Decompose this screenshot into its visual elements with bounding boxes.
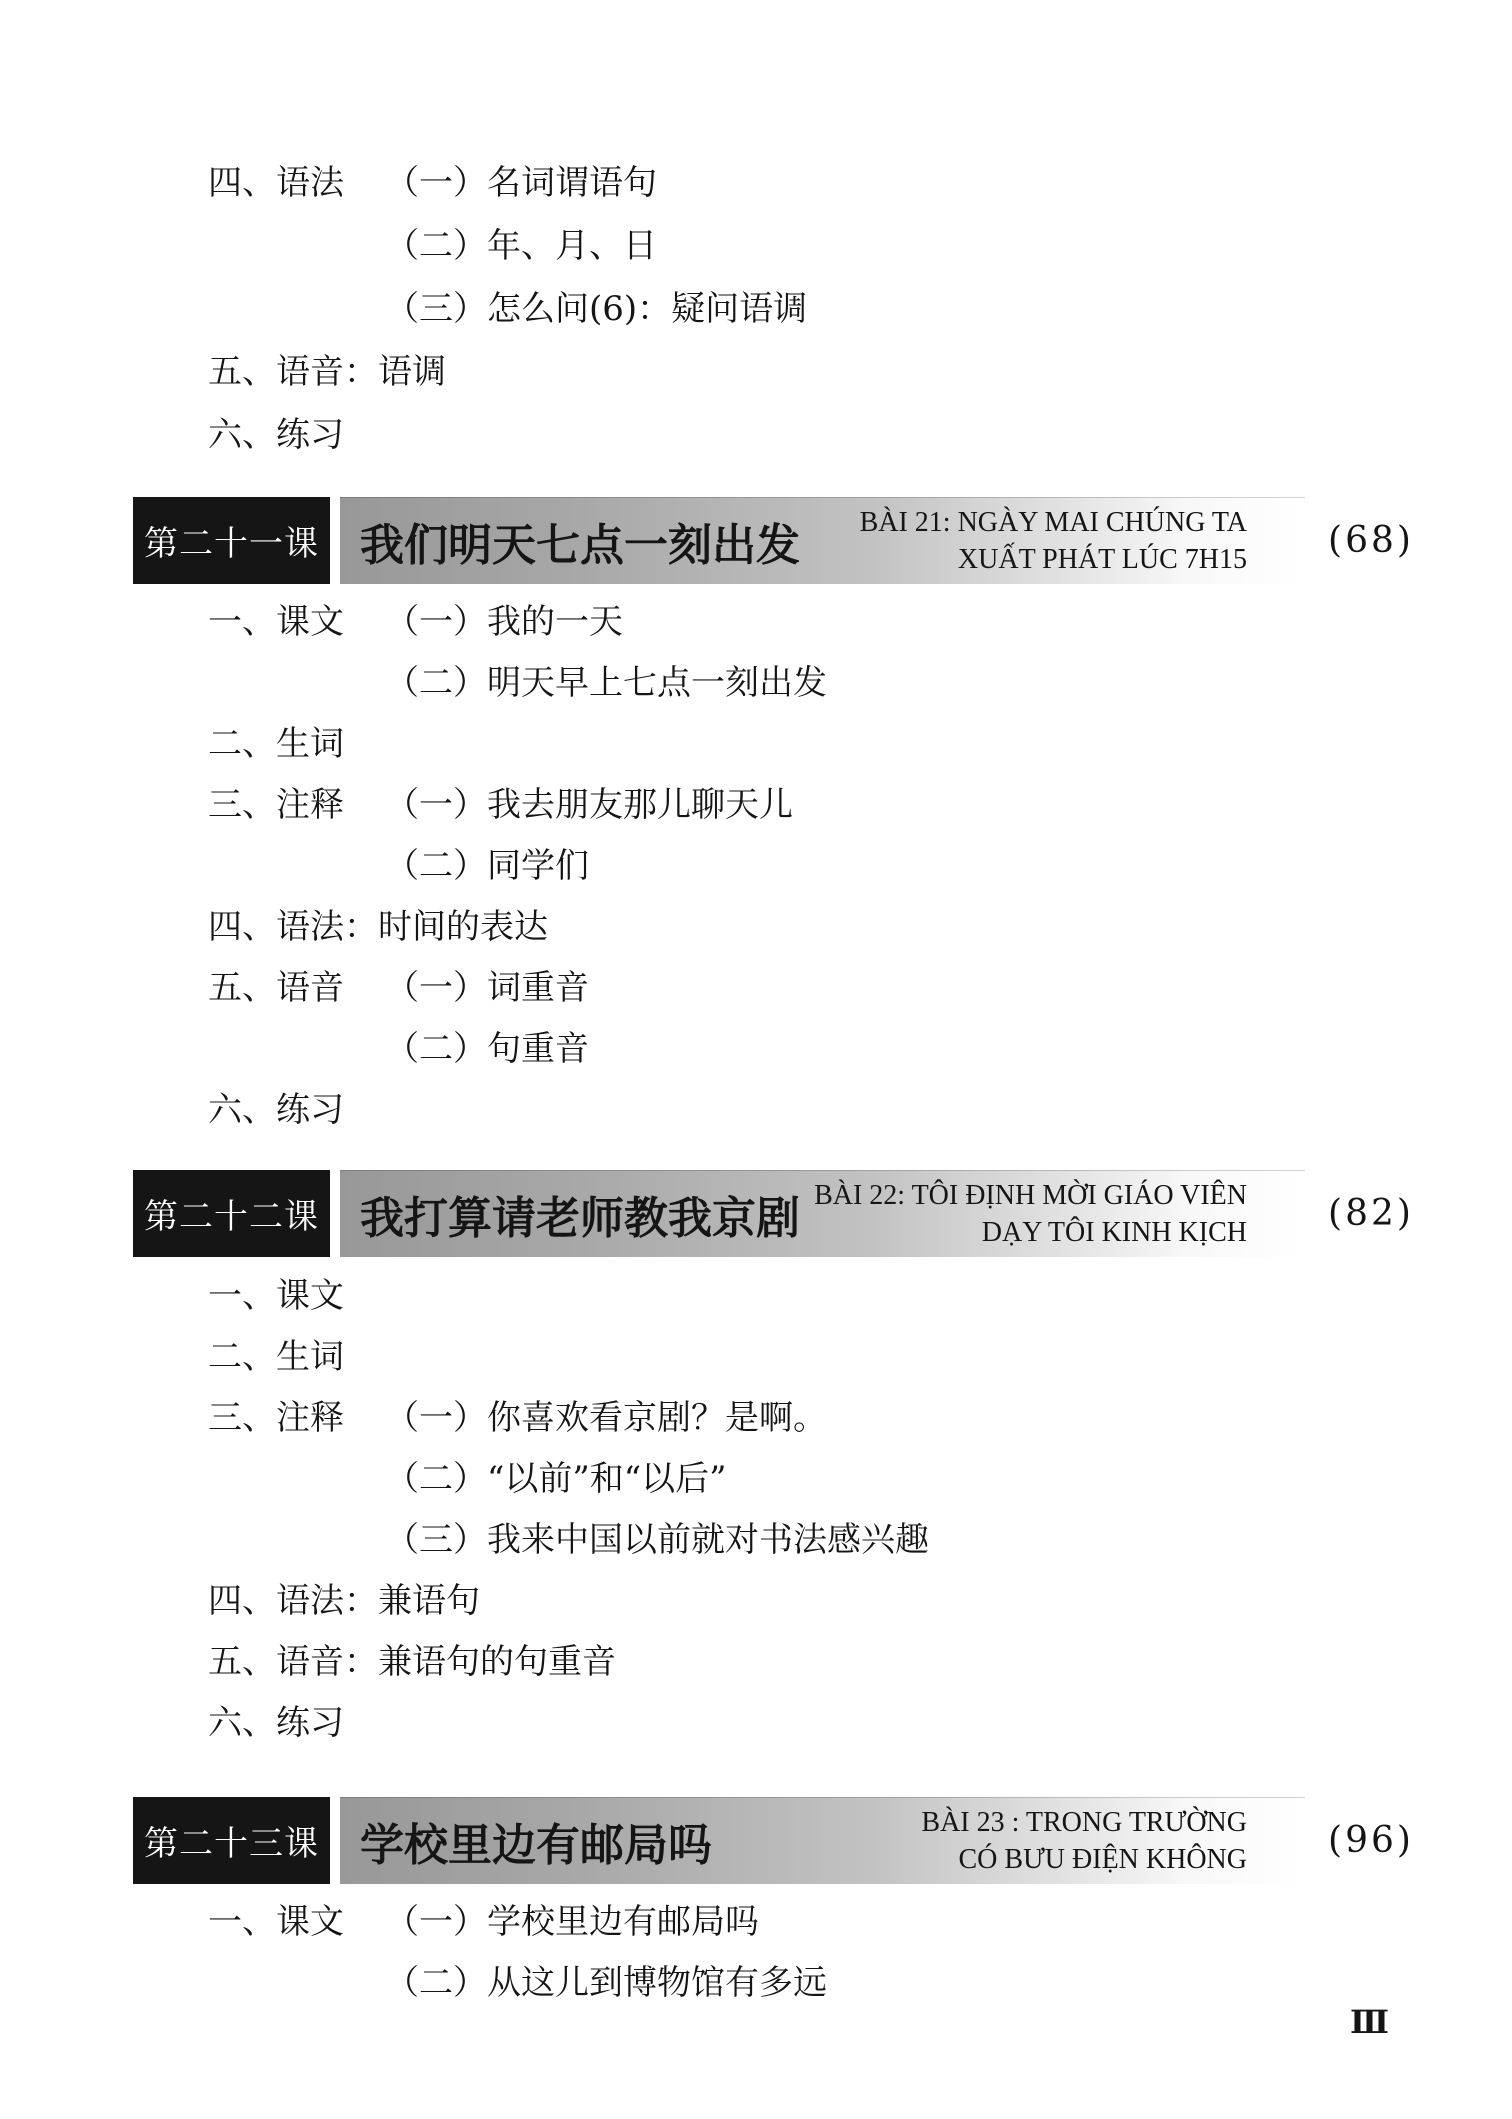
lesson-title-chinese: 学校里边有邮局吗	[340, 1809, 712, 1873]
lesson-number-badge: 第二十一课	[133, 497, 330, 584]
lesson-21-header: 第二十一课 我们明天七点一刻出发 BÀI 21: NGÀY MAI CHÚNG …	[133, 497, 1437, 584]
toc-item-label: 三、注释	[208, 777, 385, 826]
lesson-title-bar: 我们明天七点一刻出发 BÀI 21: NGÀY MAI CHÚNG TA XUẤ…	[340, 497, 1305, 584]
toc-item-label: 五、语音	[208, 960, 385, 1009]
toc-row: 六、练习	[208, 1689, 929, 1750]
toc-item-label: 一、课文	[208, 1894, 385, 1943]
toc-item-sub: （二）年、月、日	[385, 218, 657, 267]
toc-row: （三）我来中国以前就对书法感兴趣	[208, 1506, 929, 1567]
toc-item-sub: （一）我去朋友那儿聊天儿	[385, 777, 793, 826]
toc-item-label: 四、语法：时间的表达	[208, 899, 548, 948]
lesson-title-vietnamese-line2: XUẤT PHÁT LÚC 7H15	[860, 541, 1247, 578]
toc-row: 五、语音 （一）词重音	[208, 954, 827, 1015]
lesson-title-vietnamese-line1: BÀI 23 : TRONG TRƯỜNG	[921, 1804, 1247, 1841]
toc-row: 三、注释 （一）你喜欢看京剧？是啊。	[208, 1384, 929, 1445]
lesson-title-bar: 我打算请老师教我京剧 BÀI 22: TÔI ĐỊNH MỜI GIÁO VIÊ…	[340, 1170, 1305, 1257]
toc-item-label: 五、语音：兼语句的句重音	[208, 1634, 616, 1683]
toc-item-label: 五、语音：语调	[208, 344, 446, 393]
toc-row: 一、课文 （一）我的一天	[208, 588, 827, 649]
toc-item-label: 四、语法：兼语句	[208, 1573, 480, 1622]
toc-row: 五、语音：兼语句的句重音	[208, 1628, 929, 1689]
toc-row: （二）同学们	[208, 832, 827, 893]
toc-row: 一、课文	[208, 1262, 929, 1323]
toc-item-label: 三、注释	[208, 1390, 385, 1439]
lesson-page-number: (68)	[1305, 497, 1437, 584]
toc-item-label: 四、语法	[208, 155, 385, 204]
toc-item-sub: （一）词重音	[385, 960, 589, 1009]
toc-item-label: 六、练习	[208, 407, 385, 456]
toc-item-label: 一、课文	[208, 1268, 385, 1317]
lesson-page-number: (82)	[1305, 1170, 1437, 1257]
lesson-title-vietnamese-line2: DẠY TÔI KINH KỊCH	[814, 1214, 1247, 1251]
lesson-title-bar: 学校里边有邮局吗 BÀI 23 : TRONG TRƯỜNG CÓ BƯU ĐI…	[340, 1797, 1305, 1884]
lesson-title-vietnamese-line1: BÀI 22: TÔI ĐỊNH MỜI GIÁO VIÊN	[814, 1177, 1247, 1214]
toc-item-sub: （一）你喜欢看京剧？是啊。	[385, 1390, 827, 1439]
toc-item-label: 二、生词	[208, 716, 385, 765]
page-folio-number: Ⅲ	[1350, 2003, 1389, 2041]
toc-item-sub: （二）从这儿到博物馆有多远	[385, 1955, 827, 2004]
toc-item-sub: （一）学校里边有邮局吗	[385, 1894, 759, 1943]
lesson-title-chinese: 我们明天七点一刻出发	[340, 509, 800, 573]
toc-row: 四、语法：时间的表达	[208, 893, 827, 954]
lesson-page-number: (96)	[1305, 1797, 1437, 1884]
toc-item-label: 六、练习	[208, 1082, 385, 1131]
toc-item-sub: （一）我的一天	[385, 594, 623, 643]
toc-row: （二）年、月、日	[208, 211, 807, 274]
toc-row: （二）“以前”和“以后”	[208, 1445, 929, 1506]
toc-item-label: 六、练习	[208, 1695, 385, 1744]
toc-row: 二、生词	[208, 1323, 929, 1384]
toc-row: 四、语法 （一）名词谓语句	[208, 148, 807, 211]
lesson-number-badge: 第二十二课	[133, 1170, 330, 1257]
lesson-title-vietnamese: BÀI 22: TÔI ĐỊNH MỜI GIÁO VIÊN DẠY TÔI K…	[814, 1177, 1305, 1251]
lesson-title-vietnamese: BÀI 23 : TRONG TRƯỜNG CÓ BƯU ĐIỆN KHÔNG	[921, 1804, 1305, 1878]
lesson-number-badge: 第二十三课	[133, 1797, 330, 1884]
toc-row: 四、语法：兼语句	[208, 1567, 929, 1628]
toc-item-sub: （三）我来中国以前就对书法感兴趣	[385, 1512, 929, 1561]
toc-row: 二、生词	[208, 710, 827, 771]
toc-item-sub: （二）句重音	[385, 1021, 589, 1070]
toc-row: （二）明天早上七点一刻出发	[208, 649, 827, 710]
lesson-title-vietnamese-line1: BÀI 21: NGÀY MAI CHÚNG TA	[860, 504, 1247, 541]
lesson-21-toc-list: 一、课文 （一）我的一天 （二）明天早上七点一刻出发 二、生词 三、注释 （一）…	[208, 588, 827, 1137]
lesson-22-header: 第二十二课 我打算请老师教我京剧 BÀI 22: TÔI ĐỊNH MỜI GI…	[133, 1170, 1437, 1257]
toc-item-sub: （二）“以前”和“以后”	[385, 1451, 727, 1500]
lesson-23-header: 第二十三课 学校里边有邮局吗 BÀI 23 : TRONG TRƯỜNG CÓ …	[133, 1797, 1437, 1884]
toc-item-sub: （一）名词谓语句	[385, 155, 657, 204]
lesson-title-vietnamese: BÀI 21: NGÀY MAI CHÚNG TA XUẤT PHÁT LÚC …	[860, 504, 1305, 578]
toc-row: （二）从这儿到博物馆有多远	[208, 1949, 827, 2010]
lesson-22-toc-list: 一、课文 二、生词 三、注释 （一）你喜欢看京剧？是啊。 （二）“以前”和“以后…	[208, 1262, 929, 1750]
toc-row: 三、注释 （一）我去朋友那儿聊天儿	[208, 771, 827, 832]
intro-toc-list: 四、语法 （一）名词谓语句 （二）年、月、日 （三）怎么问(6)：疑问语调 五、…	[208, 148, 807, 463]
toc-item-label: 二、生词	[208, 1329, 385, 1378]
lesson-23-toc-list: 一、课文 （一）学校里边有邮局吗 （二）从这儿到博物馆有多远	[208, 1888, 827, 2010]
toc-row: 五、语音：语调	[208, 337, 807, 400]
lesson-title-vietnamese-line2: CÓ BƯU ĐIỆN KHÔNG	[921, 1841, 1247, 1878]
lesson-title-chinese: 我打算请老师教我京剧	[340, 1182, 800, 1246]
toc-row: 一、课文 （一）学校里边有邮局吗	[208, 1888, 827, 1949]
toc-row: （二）句重音	[208, 1015, 827, 1076]
toc-item-label: 一、课文	[208, 594, 385, 643]
toc-row: 六、练习	[208, 1076, 827, 1137]
toc-item-sub: （二）明天早上七点一刻出发	[385, 655, 827, 704]
toc-item-sub: （二）同学们	[385, 838, 589, 887]
toc-row: （三）怎么问(6)：疑问语调	[208, 274, 807, 337]
toc-row: 六、练习	[208, 400, 807, 463]
toc-item-sub: （三）怎么问(6)：疑问语调	[385, 281, 807, 330]
